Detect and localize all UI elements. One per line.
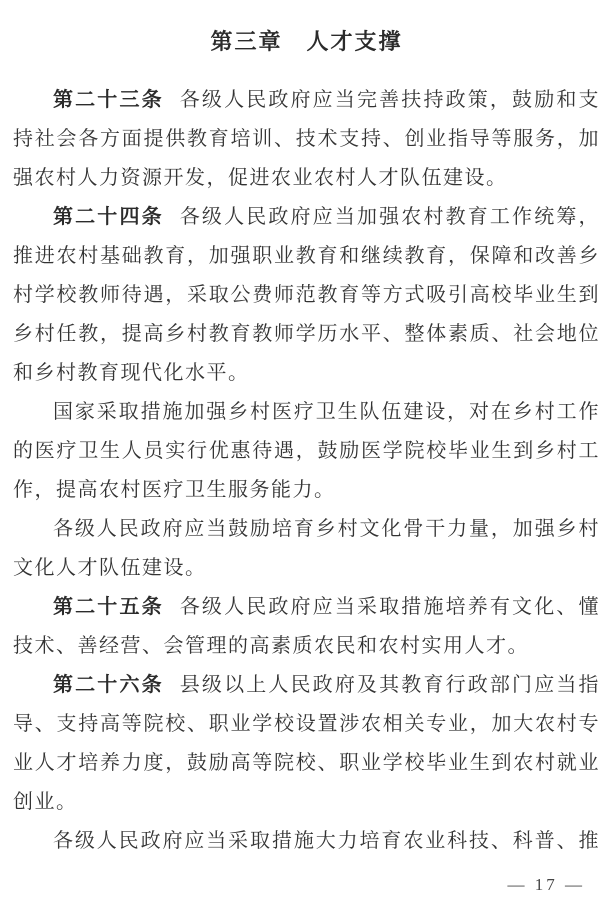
paragraph-article-26: 第二十六条县级以上人民政府及其教育行政部门应当指导、支持高等院校、职业学校设置涉…	[13, 666, 600, 822]
paragraph-text: 各级人民政府应当鼓励培育乡村文化骨干力量，加强乡村文化人才队伍建设。	[13, 518, 600, 579]
document-page: 第三章 人才支撑 第二十三条各级人民政府应当完善扶持政策，鼓励和支持社会各方面提…	[0, 0, 613, 906]
article-number: 第二十六条	[53, 674, 164, 696]
paragraph-article-24: 第二十四条各级人民政府应当加强农村教育工作统筹，推进农村基础教育，加强职业教育和…	[13, 198, 600, 393]
page-number: — 17 —	[508, 875, 586, 895]
article-number: 第二十三条	[53, 89, 164, 111]
paragraph-article-23: 第二十三条各级人民政府应当完善扶持政策，鼓励和支持社会各方面提供教育培训、技术支…	[13, 81, 600, 198]
paragraph-article-24-clause-2: 国家采取措施加强乡村医疗卫生队伍建设，对在乡村工作的医疗卫生人员实行优惠待遇，鼓…	[13, 393, 600, 510]
article-number: 第二十五条	[53, 596, 164, 618]
paragraph-article-24-clause-3: 各级人民政府应当鼓励培育乡村文化骨干力量，加强乡村文化人才队伍建设。	[13, 510, 600, 588]
paragraph-text: 国家采取措施加强乡村医疗卫生队伍建设，对在乡村工作的医疗卫生人员实行优惠待遇，鼓…	[13, 401, 600, 501]
paragraph-article-26-clause-2: 各级人民政府应当采取措施大力培育农业科技、科普、推	[13, 822, 600, 861]
paragraph-article-25: 第二十五条各级人民政府应当采取措施培养有文化、懂技术、善经营、会管理的高素质农民…	[13, 588, 600, 666]
paragraph-text: 各级人民政府应当采取措施大力培育农业科技、科普、推	[53, 830, 600, 852]
paragraph-text: 各级人民政府应当加强农村教育工作统筹，推进农村基础教育，加强职业教育和继续教育，…	[13, 206, 600, 384]
chapter-title: 第三章 人才支撑	[13, 30, 600, 54]
article-number: 第二十四条	[53, 206, 164, 228]
document-body: 第二十三条各级人民政府应当完善扶持政策，鼓励和支持社会各方面提供教育培训、技术支…	[13, 81, 600, 861]
